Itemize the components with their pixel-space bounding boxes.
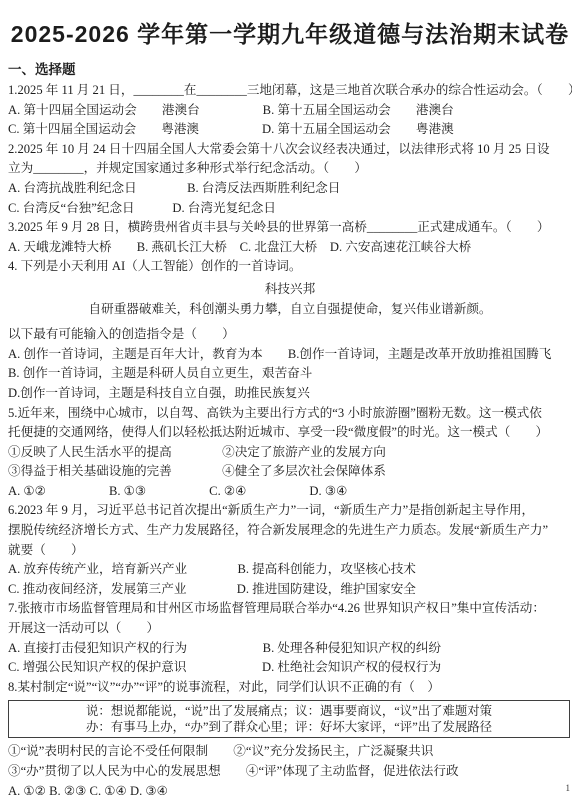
question-3: 3.2025 年 9 月 28 日，横跨贵州省贞丰县与关岭县的世界第一高桥___… [8, 218, 572, 257]
question-4-stem-line: 4. 下列是小天利用 AI（人工智能）创作的一首诗词。 [8, 257, 572, 277]
page-number: 1 [566, 783, 571, 793]
question-7-opts-line: A. 直接打击侵犯知识产权的行为 B. 处理各种侵犯知识产权的纠纷 [8, 639, 572, 659]
question-6-cont-line: 就要（ ） [8, 541, 572, 561]
sayings-box-line: 说：想说都能说，“说”出了发展痛点；议：遇事要商议，“议”出了难题对策 [13, 703, 565, 719]
question-4-opts-line: A. 创作一首诗词，主题是百年大计，教育为本 B.创作一首诗词，主题是改革开放助… [8, 345, 572, 365]
question-5-answers-line: A. ①② B. ①③ C. ②④ D. ③④ [8, 482, 572, 502]
question-4-opts-line: D.创作一首诗词，主题是科技自立自强，助推民族复兴 [8, 384, 572, 404]
question-1-opts-line: A. 第十四届全国运动会 港澳台 B. 第十五届全国运动会 港澳台 [8, 101, 572, 121]
question-8-stem-line: 8.某村制定“说”“议”“办”“评”的说事流程，对此，同学们认识不正确的有（ ） [8, 678, 572, 698]
question-7-stem-line: 7.张掖市市场监督管理局和甘州区市场监督管理局联合举办“4.26 世界知识产权日… [8, 599, 572, 619]
question-5-cont-line: 托便捷的交通网络，使得人们以轻松抵达附近城市、享受一段“微度假”的时光。这一模式… [8, 423, 572, 443]
exam-title: 2025-2026 学年第一学期九年级道德与法治期末试卷 [8, 16, 572, 49]
question-4-poem-line: 自研重器破难关，科创潮头勇力攀，自立自强提使命，复兴伟业谱新颜。 [8, 300, 572, 320]
question-4-opts-line: B. 创作一首诗词，主题是科研人员自立更生，艰苦奋斗 [8, 364, 572, 384]
question-5-items-line: ①反映了人民生活水平的提高 ②决定了旅游产业的发展方向 [8, 443, 572, 463]
question-2-cont-line: 立为________，并规定国家通过多种形式举行纪念活动。（ ） [8, 159, 572, 179]
question-8-items-line: ①“说”表明村民的言论不受任何限制 ②“议”充分发扬民主，广泛凝聚共识 [8, 742, 572, 762]
question-2-opts-line: C. 台湾反“台独”纪念日 D. 台湾光复纪念日 [8, 199, 572, 219]
question-4-prompt-line: 以下最有可能输入的创造指令是（ ） [8, 325, 572, 345]
question-4-poem-title-line: 科技兴邦 [8, 280, 572, 300]
question-8-answers-line: A. ①② B. ②③ C. ①④ D. ③④ [8, 782, 572, 795]
question-3-opts-line: A. 天峨龙滩特大桥 B. 燕矶长江大桥 C. 北盘江大桥 D. 六安高速花江峡… [8, 238, 572, 258]
question-1-opts-line: C. 第十四届全国运动会 粤港澳 D. 第十五届全国运动会 粤港澳 [8, 120, 572, 140]
question-1: 1.2025 年 11 月 21 日，________在________三地闭幕… [8, 81, 572, 140]
question-2-stem-line: 2.2025 年 10 月 24 日十四届全国人大常委会第十八次会议经表决通过，… [8, 140, 572, 160]
sayings-box: 说：想说都能说，“说”出了发展痛点；议：遇事要商议，“议”出了难题对策办：有事马… [8, 700, 570, 738]
question-list: 1.2025 年 11 月 21 日，________在________三地闭幕… [8, 81, 572, 795]
question-2-opts-line: A. 台湾抗战胜利纪念日 B. 台湾反法西斯胜利纪念日 [8, 179, 572, 199]
question-6-opts-line: A. 放弃传统产业，培育新兴产业 B. 提高科创能力，攻坚核心技术 [8, 560, 572, 580]
question-3-stem-line: 3.2025 年 9 月 28 日，横跨贵州省贞丰县与关岭县的世界第一高桥___… [8, 218, 572, 238]
question-6-opts-line: C. 推动夜间经济，发展第三产业 D. 推进国防建设，维护国家安全 [8, 580, 572, 600]
question-5-items-line: ③得益于相关基础设施的完善 ④健全了多层次社会保障体系 [8, 462, 572, 482]
question-4: 4. 下列是小天利用 AI（人工智能）创作的一首诗词。科技兴邦自研重器破难关，科… [8, 257, 572, 403]
question-1-stem-line: 1.2025 年 11 月 21 日，________在________三地闭幕… [8, 81, 572, 101]
exam-page: 2025-2026 学年第一学期九年级道德与法治期末试卷 一、选择题 1.202… [0, 0, 580, 795]
question-2: 2.2025 年 10 月 24 日十四届全国人大常委会第十八次会议经表决通过，… [8, 140, 572, 218]
question-6-cont-line: 摆脱传统经济增长方式、生产力发展路径，符合新发展理念的先进生产力质态。发展“新质… [8, 521, 572, 541]
question-7: 7.张掖市市场监督管理局和甘州区市场监督管理局联合举办“4.26 世界知识产权日… [8, 599, 572, 677]
question-7-opts-line: C. 增强公民知识产权的保护意识 D. 杜绝社会知识产权的侵权行为 [8, 658, 572, 678]
section-heading: 一、选择题 [8, 58, 572, 78]
question-6: 6.2023 年 9 月，习近平总书记首次提出“新质生产力”一词，“新质生产力”… [8, 501, 572, 599]
question-5: 5.近年来，围绕中心城市，以自驾、高铁为主要出行方式的“3 小时旅游圈”圈粉无数… [8, 404, 572, 502]
question-7-cont-line: 开展这一活动可以（ ） [8, 619, 572, 639]
question-5-stem-line: 5.近年来，围绕中心城市，以自驾、高铁为主要出行方式的“3 小时旅游圈”圈粉无数… [8, 404, 572, 424]
question-8-items-line: ③“办”贯彻了以人民为中心的发展思想 ④“评”体现了主动监督，促进依法行政 [8, 762, 572, 782]
question-8: 8.某村制定“说”“议”“办”“评”的说事流程，对此，同学们认识不正确的有（ ）… [8, 678, 572, 795]
sayings-box-line: 办：有事马上办，“办”到了群众心里；评：好坏大家评，“评”出了发展路径 [13, 719, 565, 735]
question-6-stem-line: 6.2023 年 9 月，习近平总书记首次提出“新质生产力”一词，“新质生产力”… [8, 501, 572, 521]
